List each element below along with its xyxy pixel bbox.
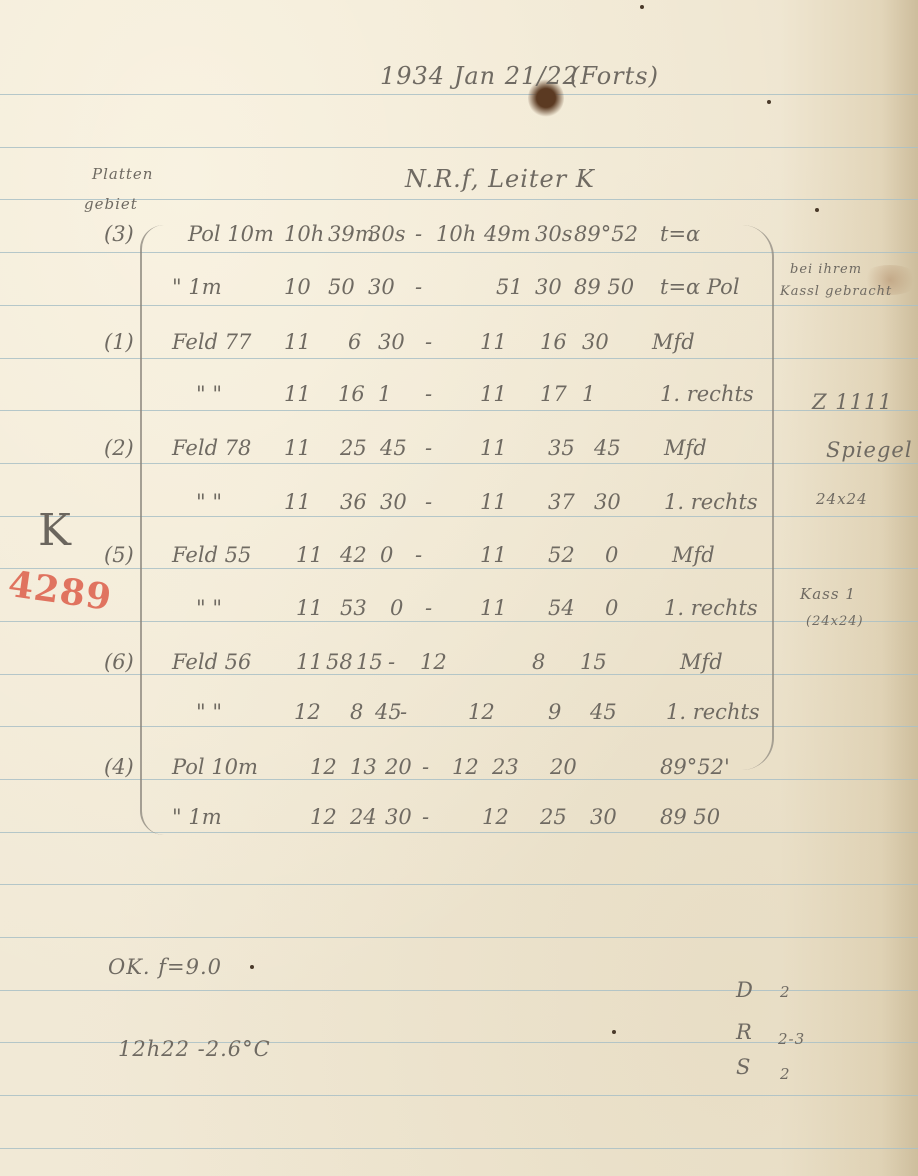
end-second: 1 <box>582 382 595 406</box>
ruled-line <box>0 621 918 622</box>
margin-red-number: 4289 <box>6 563 115 619</box>
end-hour: 11 <box>480 330 507 354</box>
start-hour: 11 <box>296 596 323 620</box>
end-hour: 12 <box>420 650 447 674</box>
notebook-page: 1934 Jan 21/22 (Forts) Platten gebiet N.… <box>0 0 918 1176</box>
object-name: Feld 78 <box>172 436 251 460</box>
ruled-line <box>0 1095 918 1096</box>
start-hour: 11 <box>284 490 311 514</box>
column-label-line1: Platten <box>92 165 153 183</box>
rating-symbol: D <box>736 978 754 1002</box>
start-second: 20 <box>385 755 412 779</box>
footer-temp-line: 12h22 -2.6°C <box>118 1037 271 1061</box>
object-name: " 1m <box>172 275 222 299</box>
start-second: 0 <box>380 543 393 567</box>
header-date: 1934 Jan 21/22 <box>380 62 579 90</box>
start-hour: 12 <box>310 805 337 829</box>
side-note-kass: Kass 1 <box>800 585 856 603</box>
dash: - <box>415 275 422 299</box>
end-second: 0 <box>605 543 618 567</box>
start-minute: 13 <box>350 755 377 779</box>
speck <box>612 1030 616 1034</box>
group-number: (4) <box>104 755 134 779</box>
end-hour: 11 <box>480 543 507 567</box>
side-note-top-2: Kassl gebracht <box>780 284 892 299</box>
start-minute: 24 <box>350 805 377 829</box>
end-hour: 11 <box>480 596 507 620</box>
end-second: 30 <box>594 490 621 514</box>
group-number: (5) <box>104 543 134 567</box>
end-second: 20 <box>550 755 577 779</box>
dash: - <box>425 382 432 406</box>
declination: 89 50 <box>660 805 720 829</box>
side-note-spiegel: Spiegel <box>826 438 913 462</box>
rating-value: 2-3 <box>778 1030 805 1048</box>
object-name: Feld 56 <box>172 650 251 674</box>
ruled-line <box>0 410 918 411</box>
object-name: " 1m <box>172 805 222 829</box>
start-second: 45 <box>375 700 402 724</box>
end-minute: 51 <box>496 275 523 299</box>
declination: 89 50 <box>574 275 634 299</box>
start-hour: 11 <box>284 436 311 460</box>
start-minute: 53 <box>340 596 367 620</box>
start-second: 1 <box>378 382 391 406</box>
start-second: 0 <box>390 596 403 620</box>
start-hour: 11 <box>284 382 311 406</box>
start-hour: 12 <box>294 700 321 724</box>
start-second: 30 <box>380 490 407 514</box>
end-second: 0 <box>605 596 618 620</box>
start-hour: 10 <box>284 275 311 299</box>
end-hour: 12 <box>468 700 495 724</box>
dash: - <box>425 436 432 460</box>
ruled-line <box>0 884 918 885</box>
row-note: 1. rechts <box>666 700 760 724</box>
ruled-line <box>0 94 918 95</box>
end-minute: 25 <box>540 805 567 829</box>
end-second: 45 <box>590 700 617 724</box>
rating-symbol: S <box>736 1055 751 1079</box>
rating-value: 2 <box>780 1065 791 1083</box>
end-minute: 23 <box>492 755 519 779</box>
row-note: 1. rechts <box>660 382 754 406</box>
end-hour: 12 <box>482 805 509 829</box>
row-note: Mfd <box>680 650 723 674</box>
end-second: 45 <box>594 436 621 460</box>
dash: - <box>415 543 422 567</box>
end-hour: 11 <box>480 436 507 460</box>
start-second: 30 <box>368 275 395 299</box>
start-second: 45 <box>380 436 407 460</box>
header-note: (Forts) <box>570 62 659 90</box>
dash: - <box>425 490 432 514</box>
group-number: (2) <box>104 436 134 460</box>
rating-value: 2 <box>780 983 791 1001</box>
end-hour: 11 <box>480 490 507 514</box>
object-name: Feld 55 <box>172 543 251 567</box>
end-second: 15 <box>580 650 607 674</box>
ruled-line <box>0 1148 918 1149</box>
margin-letter: K <box>38 505 72 556</box>
declination: 89°52 <box>574 222 638 246</box>
row-note: Mfd <box>664 436 707 460</box>
dash: - <box>425 596 432 620</box>
group-number: (6) <box>104 650 134 674</box>
start-minute: 25 <box>340 436 367 460</box>
ruled-line <box>0 147 918 148</box>
end-minute: 52 <box>548 543 575 567</box>
dash: - <box>415 222 422 246</box>
ruled-line <box>0 726 918 727</box>
start-hour: 12 <box>310 755 337 779</box>
group-number: (3) <box>104 222 134 246</box>
object-name: " " <box>196 490 222 514</box>
row-note: t=α Pol <box>660 275 740 299</box>
start-minute: 36 <box>340 490 367 514</box>
object-name: Pol 10m <box>188 222 274 246</box>
end-hour: 11 <box>480 382 507 406</box>
start-minute: 16 <box>338 382 365 406</box>
side-note-top-1: bei ihrem <box>790 262 862 277</box>
start-minute: 58 <box>326 650 353 674</box>
start-hour: 11 <box>284 330 311 354</box>
object-name: " " <box>196 596 222 620</box>
end-minute: 35 <box>548 436 575 460</box>
start-hour: 11 <box>296 650 323 674</box>
declination: 89°52' <box>660 755 730 779</box>
row-note: t=α <box>660 222 700 246</box>
side-note-z-number: Z 1111 <box>812 390 893 414</box>
side-note-spiegel-size: 24x24 <box>816 490 868 508</box>
object-name: Pol 10m <box>172 755 258 779</box>
start-minute: 42 <box>340 543 367 567</box>
end-minute: 54 <box>548 596 575 620</box>
rating-symbol: R <box>736 1020 753 1044</box>
end-second: 30 <box>582 330 609 354</box>
start-minute: 6 <box>348 330 361 354</box>
start-second: 30 <box>385 805 412 829</box>
start-second: 15 <box>356 650 383 674</box>
end-minute: 49m <box>484 222 531 246</box>
start-second: 30s <box>368 222 406 246</box>
dash: - <box>425 330 432 354</box>
ruled-line <box>0 516 918 517</box>
ruled-line <box>0 568 918 569</box>
dash: - <box>422 805 429 829</box>
speck <box>250 965 254 969</box>
speck <box>767 100 771 104</box>
dash: - <box>388 650 395 674</box>
start-hour: 11 <box>296 543 323 567</box>
ruled-line <box>0 832 918 833</box>
start-minute: 50 <box>328 275 355 299</box>
end-second: 30s <box>535 222 573 246</box>
side-note-kass-size: (24x24) <box>806 614 864 629</box>
row-note: Mfd <box>672 543 715 567</box>
ruled-line <box>0 937 918 938</box>
ruled-line <box>0 252 918 253</box>
speck <box>640 5 644 9</box>
end-minute: 16 <box>540 330 567 354</box>
ruled-line <box>0 463 918 464</box>
log-title: N.R.f, Leiter K <box>405 165 595 193</box>
group-number: (1) <box>104 330 134 354</box>
start-minute: 8 <box>350 700 363 724</box>
column-label-line2: gebiet <box>84 195 138 213</box>
dash: - <box>422 755 429 779</box>
speck <box>815 208 819 212</box>
end-second: 30 <box>590 805 617 829</box>
left-brace <box>140 225 164 835</box>
ruled-line <box>0 779 918 780</box>
start-second: 30 <box>378 330 405 354</box>
ruled-line <box>0 358 918 359</box>
object-name: Feld 77 <box>172 330 251 354</box>
start-hour: 10h <box>284 222 324 246</box>
dash: - <box>400 700 407 724</box>
row-note: 1. rechts <box>664 490 758 514</box>
end-minute: 17 <box>540 382 567 406</box>
end-minute: 8 <box>532 650 545 674</box>
row-note: Mfd <box>652 330 695 354</box>
end-minute: 9 <box>548 700 561 724</box>
object-name: " " <box>196 700 222 724</box>
footer-ok-line: OK. f=9.0 <box>108 955 222 979</box>
ruled-line <box>0 305 918 306</box>
end-minute: 37 <box>548 490 575 514</box>
end-second: 30 <box>535 275 562 299</box>
ruled-line <box>0 674 918 675</box>
end-hour: 12 <box>452 755 479 779</box>
end-hour: 10h <box>436 222 476 246</box>
object-name: " " <box>196 382 222 406</box>
row-note: 1. rechts <box>664 596 758 620</box>
